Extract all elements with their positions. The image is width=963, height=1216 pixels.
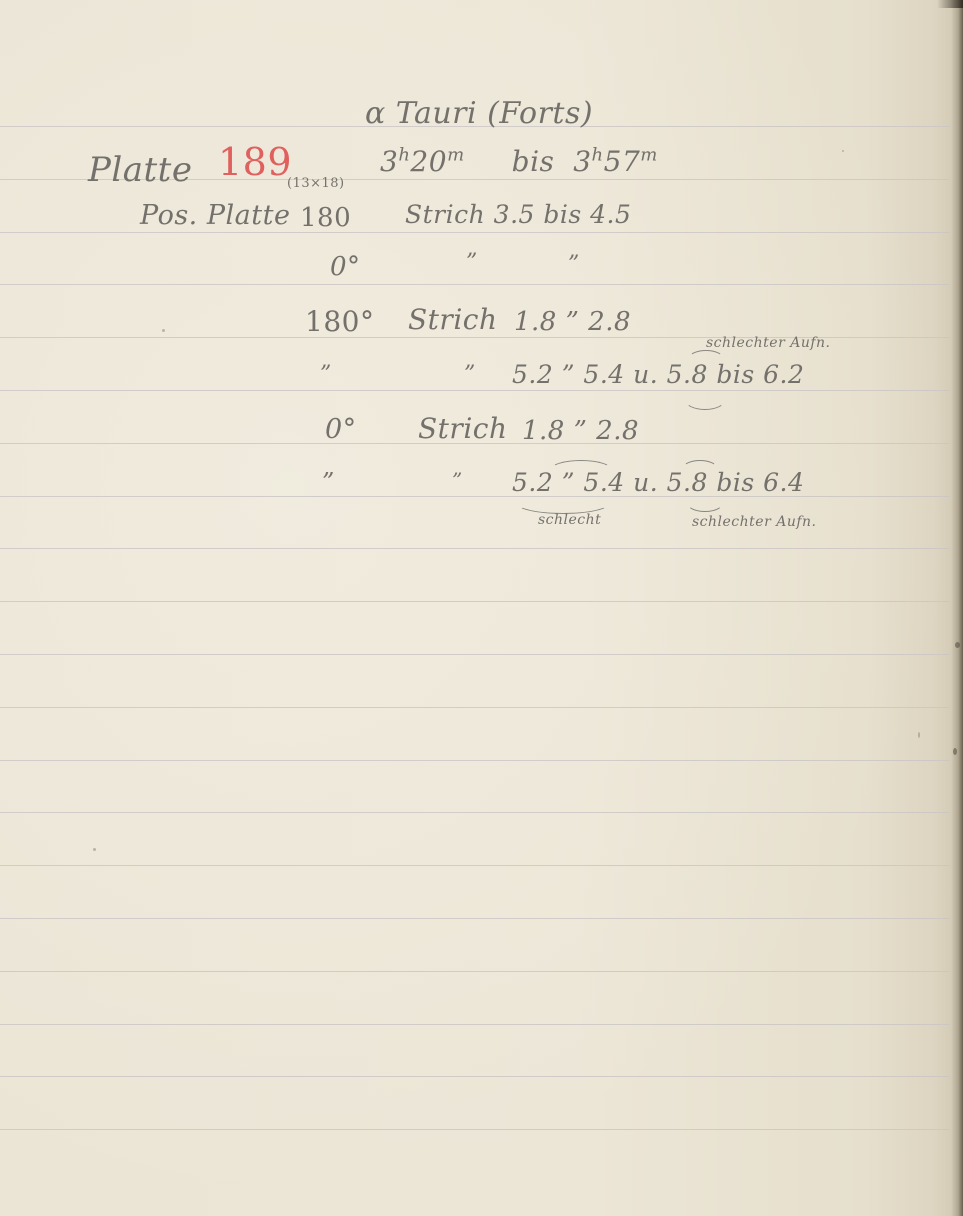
ruled-line bbox=[0, 865, 950, 866]
time-start-minute: 20 bbox=[410, 145, 447, 178]
paper-speck bbox=[93, 848, 96, 851]
ruled-line bbox=[0, 918, 950, 919]
plate-number: 189 bbox=[218, 140, 292, 184]
time-range: 3h20m bis 3h57m bbox=[380, 145, 658, 178]
ruled-line bbox=[0, 1076, 950, 1077]
time-separator: bis bbox=[512, 145, 555, 178]
row-note: schlecht bbox=[538, 512, 601, 528]
position-angle: 180 bbox=[300, 203, 351, 233]
row-angle: 0° bbox=[330, 252, 361, 282]
ruled-line bbox=[0, 971, 950, 972]
row-label: Strich bbox=[418, 412, 508, 445]
paper-speck bbox=[842, 150, 844, 152]
binding-mark bbox=[955, 642, 960, 648]
position-measure: Strich 3.5 bis 4.5 bbox=[405, 200, 631, 229]
row-ditto: ” bbox=[568, 252, 580, 277]
hour-unit: h bbox=[398, 145, 410, 166]
minute-unit: m bbox=[640, 145, 658, 166]
row-ditto: ” bbox=[464, 362, 476, 387]
ruled-line bbox=[0, 654, 950, 655]
ruled-line bbox=[0, 496, 950, 497]
ruled-line bbox=[0, 284, 950, 285]
row-angle: 180° bbox=[305, 305, 374, 338]
ruled-line bbox=[0, 232, 950, 233]
row-label: Strich bbox=[408, 303, 498, 336]
time-end-hour: 3 bbox=[573, 145, 591, 178]
ruled-line bbox=[0, 601, 950, 602]
paper-speck bbox=[918, 732, 920, 738]
row-ditto: ” bbox=[452, 468, 463, 492]
time-start-hour: 3 bbox=[380, 145, 398, 178]
bracket-arc bbox=[686, 492, 724, 512]
hour-unit: h bbox=[592, 145, 604, 166]
ruled-line bbox=[0, 760, 950, 761]
row-angle: ” bbox=[320, 362, 332, 387]
page-corner-shadow bbox=[937, 0, 963, 8]
plate-label: Platte bbox=[88, 150, 192, 190]
ruled-line bbox=[0, 390, 950, 391]
bracket-arc bbox=[516, 492, 610, 514]
binding-mark bbox=[953, 748, 957, 755]
row-angle: ” bbox=[322, 468, 335, 496]
heading-title: α Tauri (Forts) bbox=[365, 96, 593, 131]
time-end-minute: 57 bbox=[604, 145, 641, 178]
position-label: Pos. Platte bbox=[140, 200, 290, 231]
bracket-arc bbox=[684, 388, 726, 410]
row-angle: 0° bbox=[325, 414, 357, 445]
ruled-line bbox=[0, 1024, 950, 1025]
page-edge-shadow bbox=[951, 0, 963, 1216]
plate-size: (13×18) bbox=[287, 176, 345, 191]
ruled-line bbox=[0, 707, 950, 708]
ruled-line bbox=[0, 812, 950, 813]
minute-unit: m bbox=[447, 145, 465, 166]
ruled-line bbox=[0, 1129, 950, 1130]
ruled-line bbox=[0, 548, 950, 549]
row-values: 5.2 ” 5.4 u. 5.8 bis 6.2 bbox=[512, 360, 804, 389]
row-note: schlechter Aufn. bbox=[706, 335, 831, 351]
paper-speck bbox=[162, 329, 165, 332]
row-values: 1.8 ” 2.8 bbox=[522, 416, 639, 446]
notebook-page: α Tauri (Forts) Platte 189 (13×18) 3h20m… bbox=[0, 0, 963, 1216]
row-values: 1.8 ” 2.8 bbox=[514, 307, 631, 337]
row-note: schlechter Aufn. bbox=[692, 514, 817, 530]
row-ditto: ” bbox=[466, 250, 478, 275]
